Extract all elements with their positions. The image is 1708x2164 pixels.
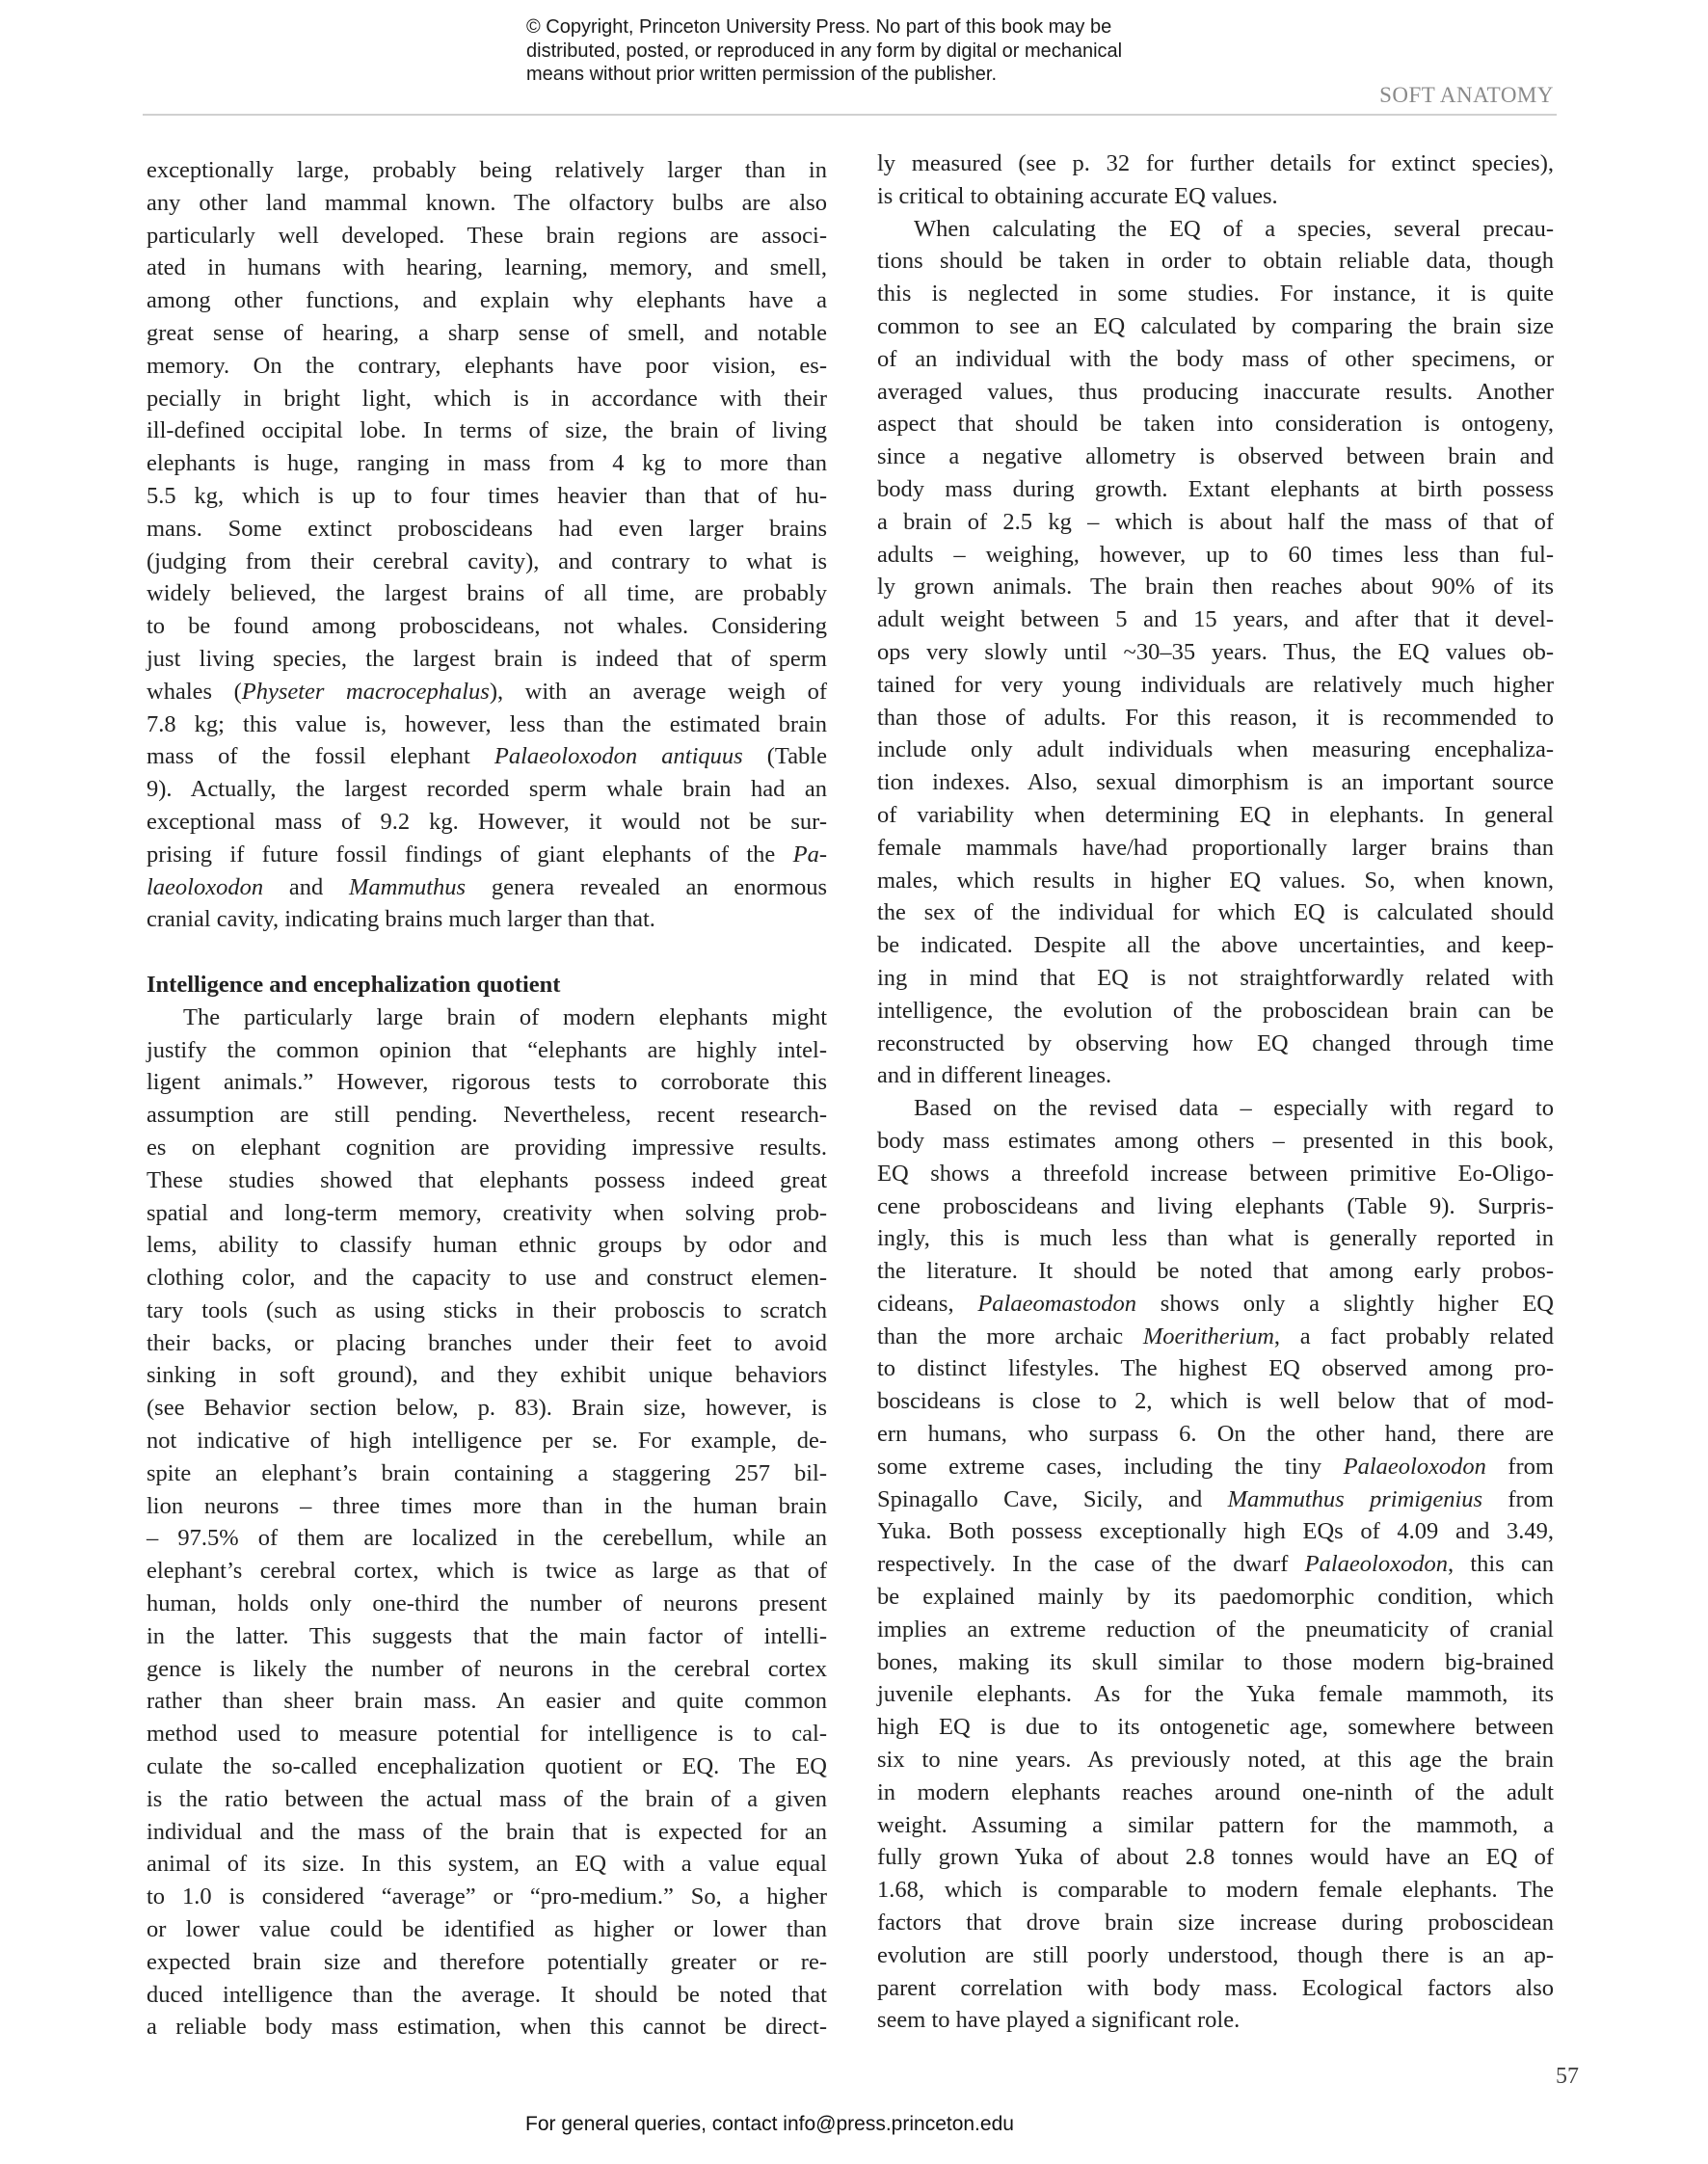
- footer-contact: For general queries, contact info@press.…: [525, 2113, 1014, 2136]
- text-line: spite an elephant’s brain containing a s…: [147, 1457, 827, 1490]
- text-line: weight. Assuming a similar pattern for t…: [877, 1809, 1554, 1842]
- section-heading: Intelligence and encephalization quotien…: [147, 969, 827, 1002]
- text-line: lion neurons – three times more than in …: [147, 1490, 827, 1523]
- text-line: ated in humans with hearing, learning, m…: [147, 252, 827, 284]
- text-line: (see Behavior section below, p. 83). Bra…: [147, 1392, 827, 1425]
- text-line: ing in mind that EQ is not straightforwa…: [877, 962, 1554, 995]
- copyright-line: means without prior written permission o…: [526, 63, 1201, 87]
- text-line: spatial and long-term memory, creativity…: [147, 1197, 827, 1230]
- text-line: Spinagallo Cave, Sicily, and Mammuthus p…: [877, 1483, 1554, 1516]
- text-line: the sex of the individual for which EQ i…: [877, 896, 1554, 929]
- text-line: mass of the fossil elephant Palaeoloxodo…: [147, 740, 827, 773]
- text-run: , a fact probably related: [1274, 1323, 1554, 1349]
- text-line: tary tools (such as using sticks in thei…: [147, 1295, 827, 1327]
- text-run: whales (: [147, 679, 242, 705]
- text-line: ligent animals.” However, rigorous tests…: [147, 1066, 827, 1099]
- text-run: , this can: [1448, 1551, 1554, 1577]
- text-line: or lower value could be identified as hi…: [147, 1913, 827, 1946]
- text-line: males, which results in higher EQ values…: [877, 865, 1554, 897]
- text-line: laeoloxodon and Mammuthus genera reveale…: [147, 871, 827, 904]
- text-line: adults – weighing, however, up to 60 tim…: [877, 539, 1554, 572]
- text-run: mass of the fossil elephant: [147, 743, 494, 769]
- text-line: implies an extreme reduction of the pneu…: [877, 1614, 1554, 1646]
- text-line: than the more archaic Moeritherium, a fa…: [877, 1321, 1554, 1353]
- text-line: tions should be taken in order to obtain…: [877, 245, 1554, 278]
- text-line: of variability when determining EQ in el…: [877, 799, 1554, 832]
- text-line: sinking in soft ground), and they exhibi…: [147, 1359, 827, 1392]
- text-line: factors that drove brain size increase d…: [877, 1907, 1554, 1939]
- text-line: boscideans is close to 2, which is well …: [877, 1385, 1554, 1418]
- text-run: and: [263, 874, 349, 900]
- text-line: since a negative allometry is observed b…: [877, 441, 1554, 473]
- text-line: particularly well developed. These brain…: [147, 220, 827, 253]
- text-line: be indicated. Despite all the above unce…: [877, 929, 1554, 962]
- text-line: These studies showed that elephants poss…: [147, 1164, 827, 1197]
- text-line: elephant’s cerebral cortex, which is twi…: [147, 1555, 827, 1588]
- text-line: Yuka. Both possess exceptionally high EQ…: [877, 1515, 1554, 1548]
- text-line: among other functions, and explain why e…: [147, 284, 827, 317]
- genus-name: Palaeoloxodon: [1344, 1454, 1486, 1480]
- text-line: 1.68, which is comparable to modern fema…: [877, 1874, 1554, 1907]
- text-line: ly grown animals. The brain then reaches…: [877, 571, 1554, 603]
- text-line: – 97.5% of them are localized in the cer…: [147, 1522, 827, 1555]
- page-number: 57: [1556, 2064, 1579, 2090]
- text-line: body mass estimates among others – prese…: [877, 1125, 1554, 1158]
- text-line: respectively. In the case of the dwarf P…: [877, 1548, 1554, 1581]
- paragraph-spacer: [147, 936, 827, 969]
- text-line: is critical to obtaining accurate EQ val…: [877, 180, 1554, 213]
- text-line: expected brain size and therefore potent…: [147, 1946, 827, 1979]
- text-line: juvenile elephants. As for the Yuka fema…: [877, 1678, 1554, 1711]
- running-head: SOFT ANATOMY: [1379, 83, 1554, 108]
- text-line: cideans, Palaeomastodon shows only a sli…: [877, 1288, 1554, 1321]
- right-column: ly measured (see p. 32 for further detai…: [877, 147, 1554, 2037]
- genus-name: Moeritherium: [1143, 1323, 1274, 1349]
- text-line: parent correlation with body mass. Ecolo…: [877, 1972, 1554, 2005]
- text-line: six to nine years. As previously noted, …: [877, 1744, 1554, 1777]
- text-run: than the more archaic: [877, 1323, 1143, 1349]
- copyright-notice: © Copyright, Princeton University Press.…: [526, 15, 1201, 87]
- text-run: genera revealed an enormous: [466, 874, 827, 900]
- text-line: reconstructed by observing how EQ change…: [877, 1028, 1554, 1060]
- text-line: ern humans, who surpass 6. On the other …: [877, 1418, 1554, 1451]
- text-run: from: [1482, 1486, 1554, 1512]
- text-line: (judging from their cerebral cavity), an…: [147, 546, 827, 578]
- text-line: intelligence, the evolution of the probo…: [877, 995, 1554, 1028]
- text-line: to 1.0 is considered “average” or “pro-m…: [147, 1881, 827, 1913]
- text-line: cene proboscideans and living elephants …: [877, 1190, 1554, 1223]
- text-line: not indicative of high intelligence per …: [147, 1425, 827, 1457]
- text-run: shows only a slightly higher EQ: [1136, 1291, 1554, 1317]
- text-line: assumption are still pending. Neverthele…: [147, 1099, 827, 1132]
- text-line: body mass during growth. Extant elephant…: [877, 473, 1554, 506]
- text-line: widely believed, the largest brains of a…: [147, 577, 827, 610]
- text-line: exceptionally large, probably being rela…: [147, 154, 827, 187]
- text-line: their backs, or placing branches under t…: [147, 1327, 827, 1360]
- text-line: any other land mammal known. The olfacto…: [147, 187, 827, 220]
- text-line: to be found among proboscideans, not wha…: [147, 610, 827, 643]
- text-line: of an individual with the body mass of o…: [877, 343, 1554, 376]
- text-line: EQ shows a threefold increase between pr…: [877, 1158, 1554, 1190]
- species-name: Mammuthus primigenius: [1228, 1486, 1483, 1512]
- text-line: seem to have played a significant role.: [877, 2004, 1554, 2037]
- text-line: 7.8 kg; this value is, however, less tha…: [147, 708, 827, 741]
- text-run: Spinagallo Cave, Sicily, and: [877, 1486, 1228, 1512]
- text-line: this is neglected in some studies. For i…: [877, 278, 1554, 310]
- paragraph: When calculating the EQ of a species, se…: [877, 213, 1554, 1093]
- text-line: human, holds only one-third the number o…: [147, 1588, 827, 1620]
- text-line: clothing color, and the capacity to use …: [147, 1262, 827, 1295]
- text-line: than those of adults. For this reason, i…: [877, 702, 1554, 735]
- text-line: tained for very young individuals are re…: [877, 669, 1554, 702]
- text-line: lems, ability to classify human ethnic g…: [147, 1229, 827, 1262]
- genus-name: Mammuthus: [349, 874, 466, 900]
- text-line: be explained mainly by its paedomorphic …: [877, 1581, 1554, 1614]
- species-name: Physeter macrocephalus: [242, 679, 490, 705]
- text-run: ), with an average weigh of: [490, 679, 827, 705]
- header-divider: [143, 114, 1557, 116]
- copyright-line: © Copyright, Princeton University Press.…: [526, 15, 1201, 40]
- text-line: the literature. It should be noted that …: [877, 1255, 1554, 1288]
- text-line: include only adult individuals when meas…: [877, 734, 1554, 766]
- text-line: great sense of hearing, a sharp sense of…: [147, 317, 827, 350]
- genus-name: Palaeoloxodon: [1305, 1551, 1448, 1577]
- text-line: is the ratio between the actual mass of …: [147, 1783, 827, 1816]
- text-run: (Table: [743, 743, 827, 769]
- text-line: fully grown Yuka of about 2.8 tonnes wou…: [877, 1841, 1554, 1874]
- paragraph: Based on the revised data – especially w…: [877, 1092, 1554, 2037]
- text-line: a brain of 2.5 kg – which is about half …: [877, 506, 1554, 539]
- text-line: ingly, this is much less than what is ge…: [877, 1222, 1554, 1255]
- text-line: prising if future fossil findings of gia…: [147, 839, 827, 871]
- genus-name: laeoloxodon: [147, 874, 263, 900]
- text-run: prising if future fossil findings of gia…: [147, 842, 793, 868]
- text-run: respectively. In the case of the dwarf: [877, 1551, 1305, 1577]
- text-line: to distinct lifestyles. The highest EQ o…: [877, 1352, 1554, 1385]
- text-line: pecially in bright light, which is in ac…: [147, 383, 827, 415]
- text-line: tion indexes. Also, sexual dimorphism is…: [877, 766, 1554, 799]
- text-line: common to see an EQ calculated by compar…: [877, 310, 1554, 343]
- text-line: individual and the mass of the brain tha…: [147, 1816, 827, 1849]
- text-line: elephants is huge, ranging in mass from …: [147, 447, 827, 480]
- text-line: adult weight between 5 and 15 years, and…: [877, 603, 1554, 636]
- species-name: Palaeoloxodon antiquus: [494, 743, 743, 769]
- text-line: aspect that should be taken into conside…: [877, 408, 1554, 441]
- text-line: exceptional mass of 9.2 kg. However, it …: [147, 806, 827, 839]
- text-run: from: [1486, 1454, 1554, 1480]
- text-line: The particularly large brain of modern e…: [147, 1002, 827, 1034]
- left-column: exceptionally large, probably being rela…: [147, 154, 827, 2044]
- text-line: averaged values, thus producing inaccura…: [877, 376, 1554, 409]
- text-line: justify the common opinion that “elephan…: [147, 1034, 827, 1067]
- text-line: and in different lineages.: [877, 1059, 1554, 1092]
- text-line: cranial cavity, indicating brains much l…: [147, 903, 827, 936]
- text-line: bones, making its skull similar to those…: [877, 1646, 1554, 1679]
- genus-name: Palaeomastodon: [977, 1291, 1136, 1317]
- paragraph: ly measured (see p. 32 for further detai…: [877, 147, 1554, 213]
- text-line: animal of its size. In this system, an E…: [147, 1848, 827, 1881]
- text-line: high EQ is due to its ontogenetic age, s…: [877, 1711, 1554, 1744]
- text-line: female mammals have/had proportionally l…: [877, 832, 1554, 865]
- text-line: culate the so-called encephalization quo…: [147, 1750, 827, 1783]
- text-line: evolution are still poorly understood, t…: [877, 1939, 1554, 1972]
- text-line: ly measured (see p. 32 for further detai…: [877, 147, 1554, 180]
- text-line: Based on the revised data – especially w…: [877, 1092, 1554, 1125]
- text-line: just living species, the largest brain i…: [147, 643, 827, 676]
- text-line: memory. On the contrary, elephants have …: [147, 350, 827, 383]
- text-line: whales (Physeter macrocephalus), with an…: [147, 676, 827, 708]
- text-line: gence is likely the number of neurons in…: [147, 1653, 827, 1686]
- text-line: rather than sheer brain mass. An easier …: [147, 1685, 827, 1718]
- text-run: cideans,: [877, 1291, 977, 1317]
- text-line: When calculating the EQ of a species, se…: [877, 213, 1554, 246]
- text-line: a reliable body mass estimation, when th…: [147, 2011, 827, 2044]
- text-line: some extreme cases, including the tiny P…: [877, 1451, 1554, 1483]
- text-run: some extreme cases, including the tiny: [877, 1454, 1344, 1480]
- paragraph: The particularly large brain of modern e…: [147, 1002, 827, 2044]
- text-line: ops very slowly until ~30–35 years. Thus…: [877, 636, 1554, 669]
- text-line: es on elephant cognition are providing i…: [147, 1132, 827, 1164]
- copyright-line: distributed, posted, or reproduced in an…: [526, 40, 1201, 64]
- text-line: in the latter. This suggests that the ma…: [147, 1620, 827, 1653]
- text-line: 9). Actually, the largest recorded sperm…: [147, 773, 827, 806]
- genus-name: Pa-: [793, 842, 827, 868]
- text-line: 5.5 kg, which is up to four times heavie…: [147, 480, 827, 513]
- paragraph: exceptionally large, probably being rela…: [147, 154, 827, 936]
- text-line: duced intelligence than the average. It …: [147, 1979, 827, 2012]
- text-line: method used to measure potential for int…: [147, 1718, 827, 1750]
- text-line: mans. Some extinct proboscideans had eve…: [147, 513, 827, 546]
- text-line: ill-defined occipital lobe. In terms of …: [147, 414, 827, 447]
- text-line: in modern elephants reaches around one-n…: [877, 1777, 1554, 1809]
